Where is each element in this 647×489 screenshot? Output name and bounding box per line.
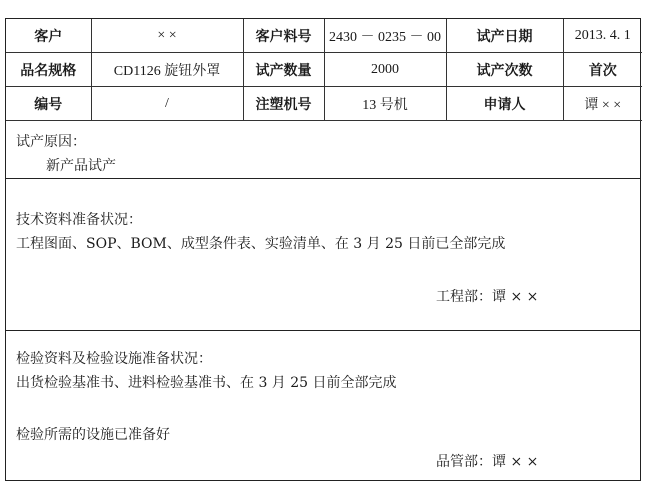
product-spec-value: CD1126 旋钮外罩 (91, 53, 243, 87)
customer-part-no-value: 2430 － 0235 － 00 (324, 19, 446, 53)
trial-date-label: 试产日期 (446, 19, 563, 53)
trial-count-value: 首次 (563, 53, 642, 87)
reason-section: 试产原因： 新产品试产 (6, 120, 640, 179)
trial-date-value: 2013. 4. 1 (563, 19, 642, 53)
trial-count-label: 试产次数 (446, 53, 563, 87)
applicant-label: 申请人 (446, 87, 563, 121)
tech-title: 技术资料准备状况： (16, 209, 142, 229)
serial-no-label: 编号 (6, 87, 91, 121)
customer-value: × × (91, 19, 243, 53)
machine-no-value: 13 号机 (324, 87, 446, 121)
header-row-2: 品名规格 CD1126 旋钮外罩 试产数量 2000 试产次数 首次 (6, 53, 642, 87)
inspection-content-1: 出货检验基准书、进料检验基准书、在 3 月 25 日前全部完成 (16, 372, 397, 392)
tech-section: 技术资料准备状况： 工程图面、SOP、BOM、成型条件表、实验清单、在 3 月 … (6, 179, 640, 331)
trial-quantity-label: 试产数量 (243, 53, 324, 87)
applicant-value: 谭 × × (563, 87, 642, 121)
tech-content: 工程图面、SOP、BOM、成型条件表、实验清单、在 3 月 25 日前已全部完成 (16, 233, 505, 253)
product-spec-label: 品名规格 (6, 53, 91, 87)
reason-title: 试产原因： (16, 131, 86, 151)
inspection-content-2: 检验所需的设施已准备好 (16, 424, 170, 444)
header-row-1: 客户 × × 客户料号 2430 － 0235 － 00 试产日期 2013. … (6, 19, 642, 53)
inspection-signature: 品管部：谭 × × (436, 451, 538, 471)
serial-no-value: / (91, 87, 243, 121)
header-row-3: 编号 / 注塑机号 13 号机 申请人 谭 × × (6, 87, 642, 121)
customer-part-no-label: 客户料号 (243, 19, 324, 53)
trial-quantity-value: 2000 (324, 53, 446, 87)
machine-no-label: 注塑机号 (243, 87, 324, 121)
header-table: 客户 × × 客户料号 2430 － 0235 － 00 试产日期 2013. … (6, 19, 642, 121)
inspection-section: 检验资料及检验设施准备状况： 出货检验基准书、进料检验基准书、在 3 月 25 … (6, 331, 640, 481)
reason-content: 新产品试产 (46, 155, 116, 175)
customer-label: 客户 (6, 19, 91, 53)
trial-production-form: 客户 × × 客户料号 2430 － 0235 － 00 试产日期 2013. … (5, 18, 641, 481)
tech-signature: 工程部：谭 × × (436, 286, 538, 306)
inspection-title: 检验资料及检验设施准备状况： (16, 348, 212, 368)
